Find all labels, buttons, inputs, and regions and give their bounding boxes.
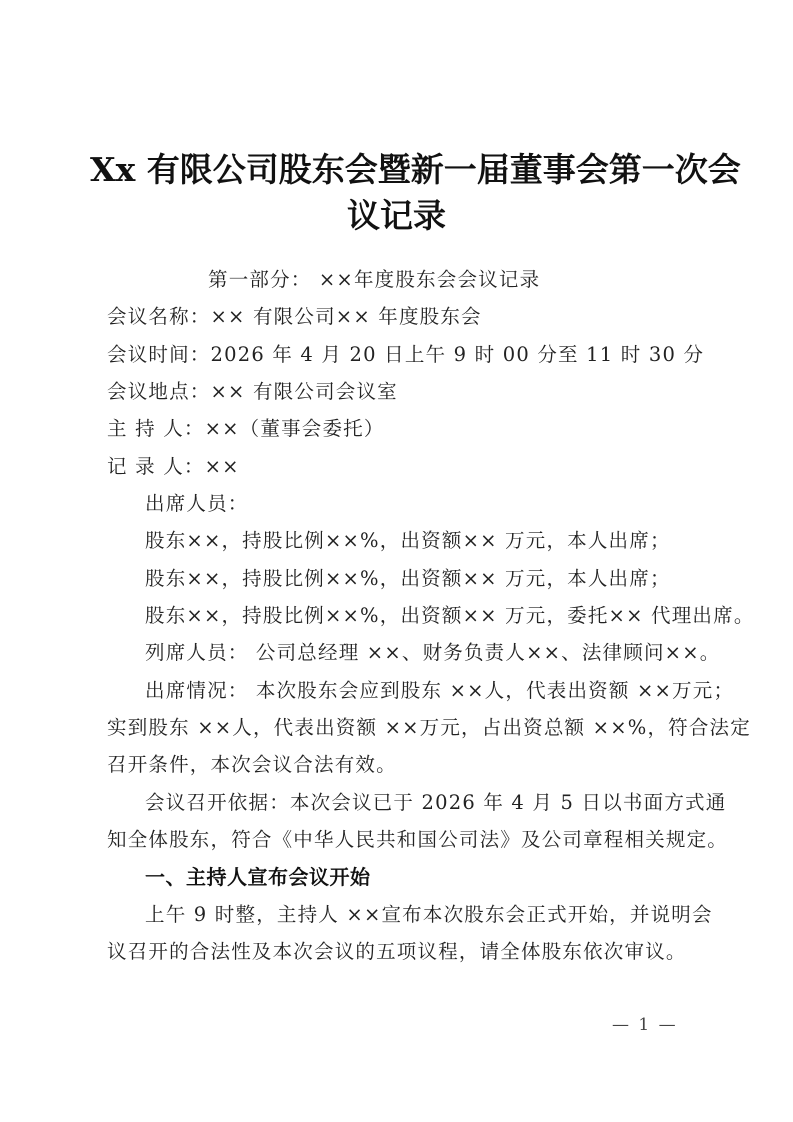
attendee-item: 股东××，持股比例××%，出资额×× 万元，委托×× 代理出席。 [145, 604, 755, 628]
page-number: — 1 — [612, 1015, 678, 1035]
meeting-recorder: 记 录 人：×× [107, 455, 240, 479]
meeting-basis-line: 知全体股东，符合《中华人民共和国公司法》及公司章程相关规定。 [107, 828, 728, 852]
document-title-line1: Xx 有限公司股东会暨新一届董事会第一次会 [90, 150, 703, 190]
section-title: 第一部分： ××年度股东会会议记录 [208, 268, 540, 292]
meeting-time: 会议时间：2026 年 4 月 20 日上午 9 时 00 分至 11 时 30… [107, 343, 704, 367]
attendance-line: 出席情况： 本次股东会应到股东 ××人，代表出资额 ××万元； [145, 679, 734, 703]
meeting-basis-line: 会议召开依据：本次会议已于 2026 年 4 月 5 日以书面方式通 [145, 791, 726, 815]
attendee-item: 股东××，持股比例××%，出资额×× 万元，本人出席； [145, 567, 671, 591]
document-page: Xx 有限公司股东会暨新一届董事会第一次会 议记录 第一部分： ××年度股东会会… [0, 0, 793, 1122]
section1-heading: 一、主持人宣布会议开始 [145, 865, 371, 889]
meeting-host: 主 持 人：××（董事会委托） [107, 417, 385, 441]
attendee-item: 股东××，持股比例××%，出资额×× 万元，本人出席； [145, 529, 671, 553]
section1-body-line: 上午 9 时整，主持人 ××宣布本次股东会正式开始，并说明会 [145, 903, 713, 927]
attendance-line: 召开条件，本次会议合法有效。 [107, 753, 397, 777]
observers: 列席人员： 公司总经理 ××、财务负责人××、法律顾问××。 [145, 641, 720, 665]
section1-body-line: 议召开的合法性及本次会议的五项议程，请全体股东依次审议。 [107, 940, 687, 964]
attendees-label: 出席人员： [145, 492, 249, 516]
document-title-line2: 议记录 [90, 196, 703, 236]
attendance-line: 实到股东 ××人，代表出资额 ××万元，占出资总额 ××%，符合法定 [107, 716, 751, 740]
meeting-name: 会议名称：×× 有限公司×× 年度股东会 [107, 305, 482, 329]
meeting-place: 会议地点：×× 有限公司会议室 [107, 380, 398, 404]
